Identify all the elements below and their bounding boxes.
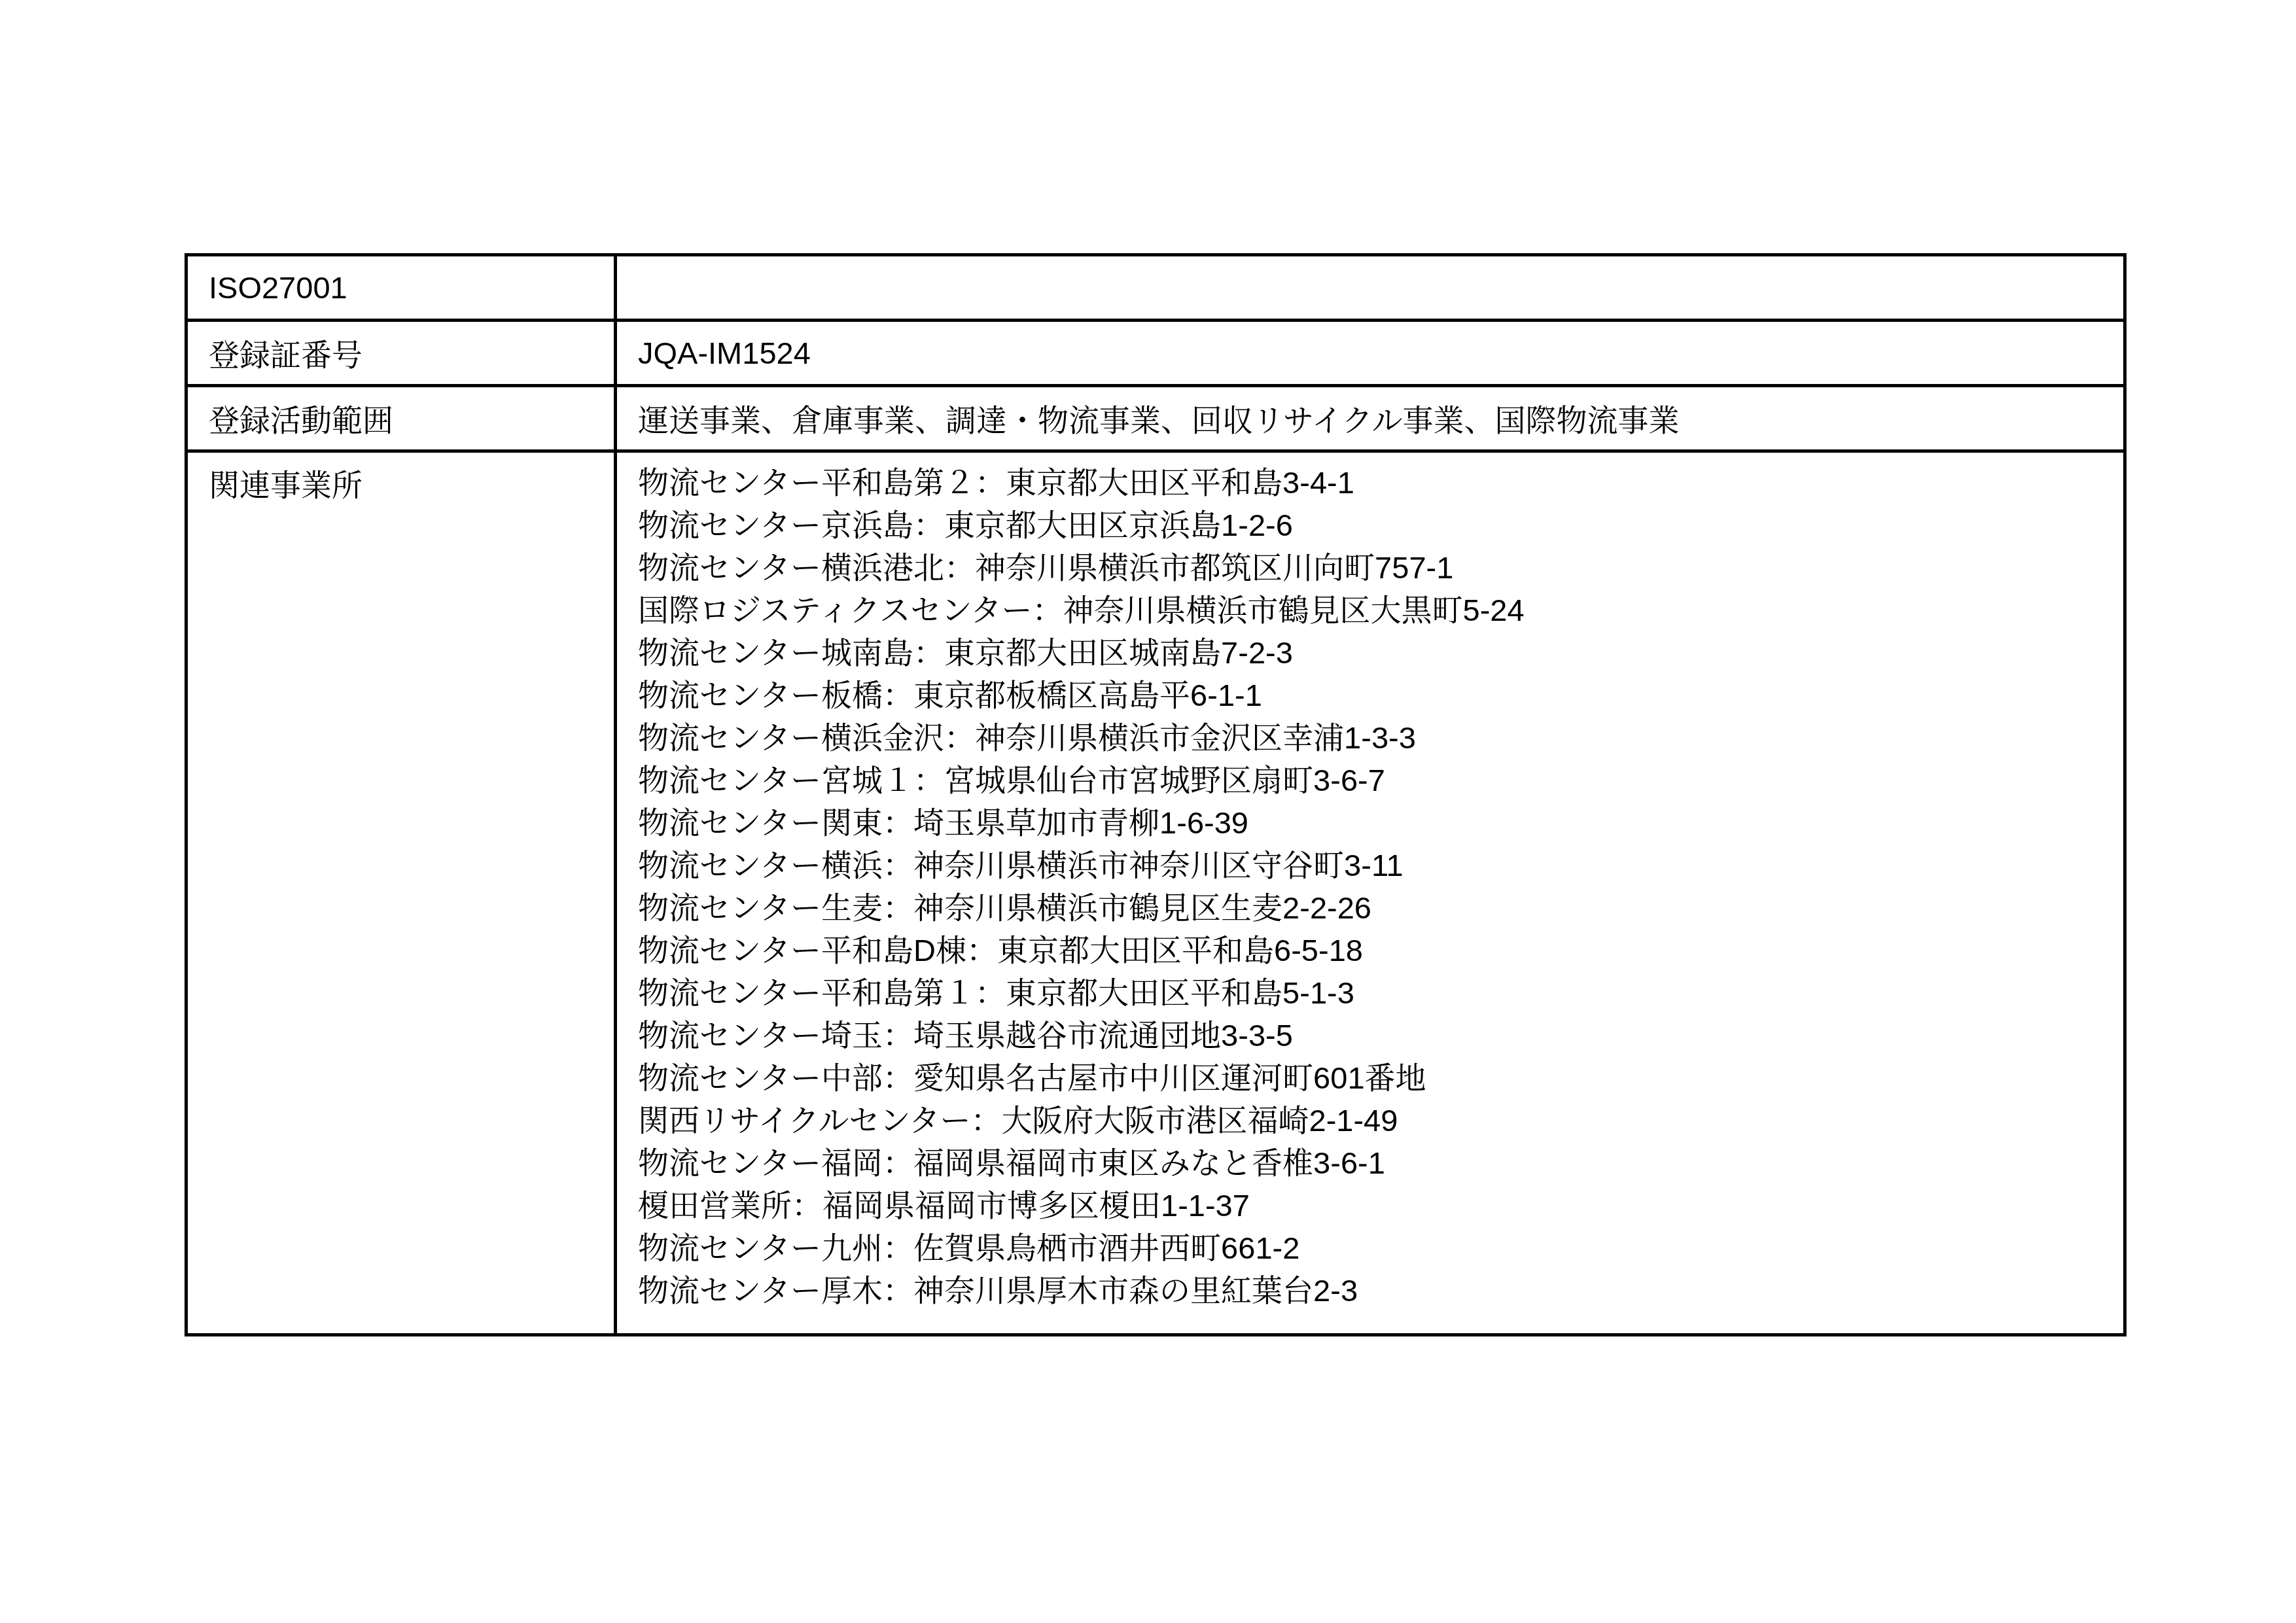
row-label: 登録活動範囲 [186, 386, 616, 451]
row-label: ISO27001 [186, 255, 616, 321]
document-page: ISO27001 登録証番号 JQA-IM1524 登録活動範囲 運送事業、倉庫… [0, 0, 2296, 1623]
row-label: 登録証番号 [186, 321, 616, 386]
table-row-registration-number: 登録証番号 JQA-IM1524 [186, 321, 2125, 386]
certification-table: ISO27001 登録証番号 JQA-IM1524 登録活動範囲 運送事業、倉庫… [185, 253, 2127, 1336]
row-value: 運送事業、倉庫事業、調達・物流事業、回収リサイクル事業、国際物流事業 [616, 386, 2125, 451]
row-value [616, 255, 2125, 321]
table-row-related-offices: 関連事業所 物流センター平和島第２：東京都大田区平和島3-4-1 物流センター京… [186, 451, 2125, 1335]
table-row-iso27001: ISO27001 [186, 255, 2125, 321]
row-label: 関連事業所 [186, 451, 616, 1335]
related-offices-list: 物流センター平和島第２：東京都大田区平和島3-4-1 物流センター京浜島：東京都… [638, 461, 2110, 1312]
row-value: JQA-IM1524 [616, 321, 2125, 386]
row-value: 物流センター平和島第２：東京都大田区平和島3-4-1 物流センター京浜島：東京都… [616, 451, 2125, 1335]
table-row-activity-scope: 登録活動範囲 運送事業、倉庫事業、調達・物流事業、回収リサイクル事業、国際物流事… [186, 386, 2125, 451]
